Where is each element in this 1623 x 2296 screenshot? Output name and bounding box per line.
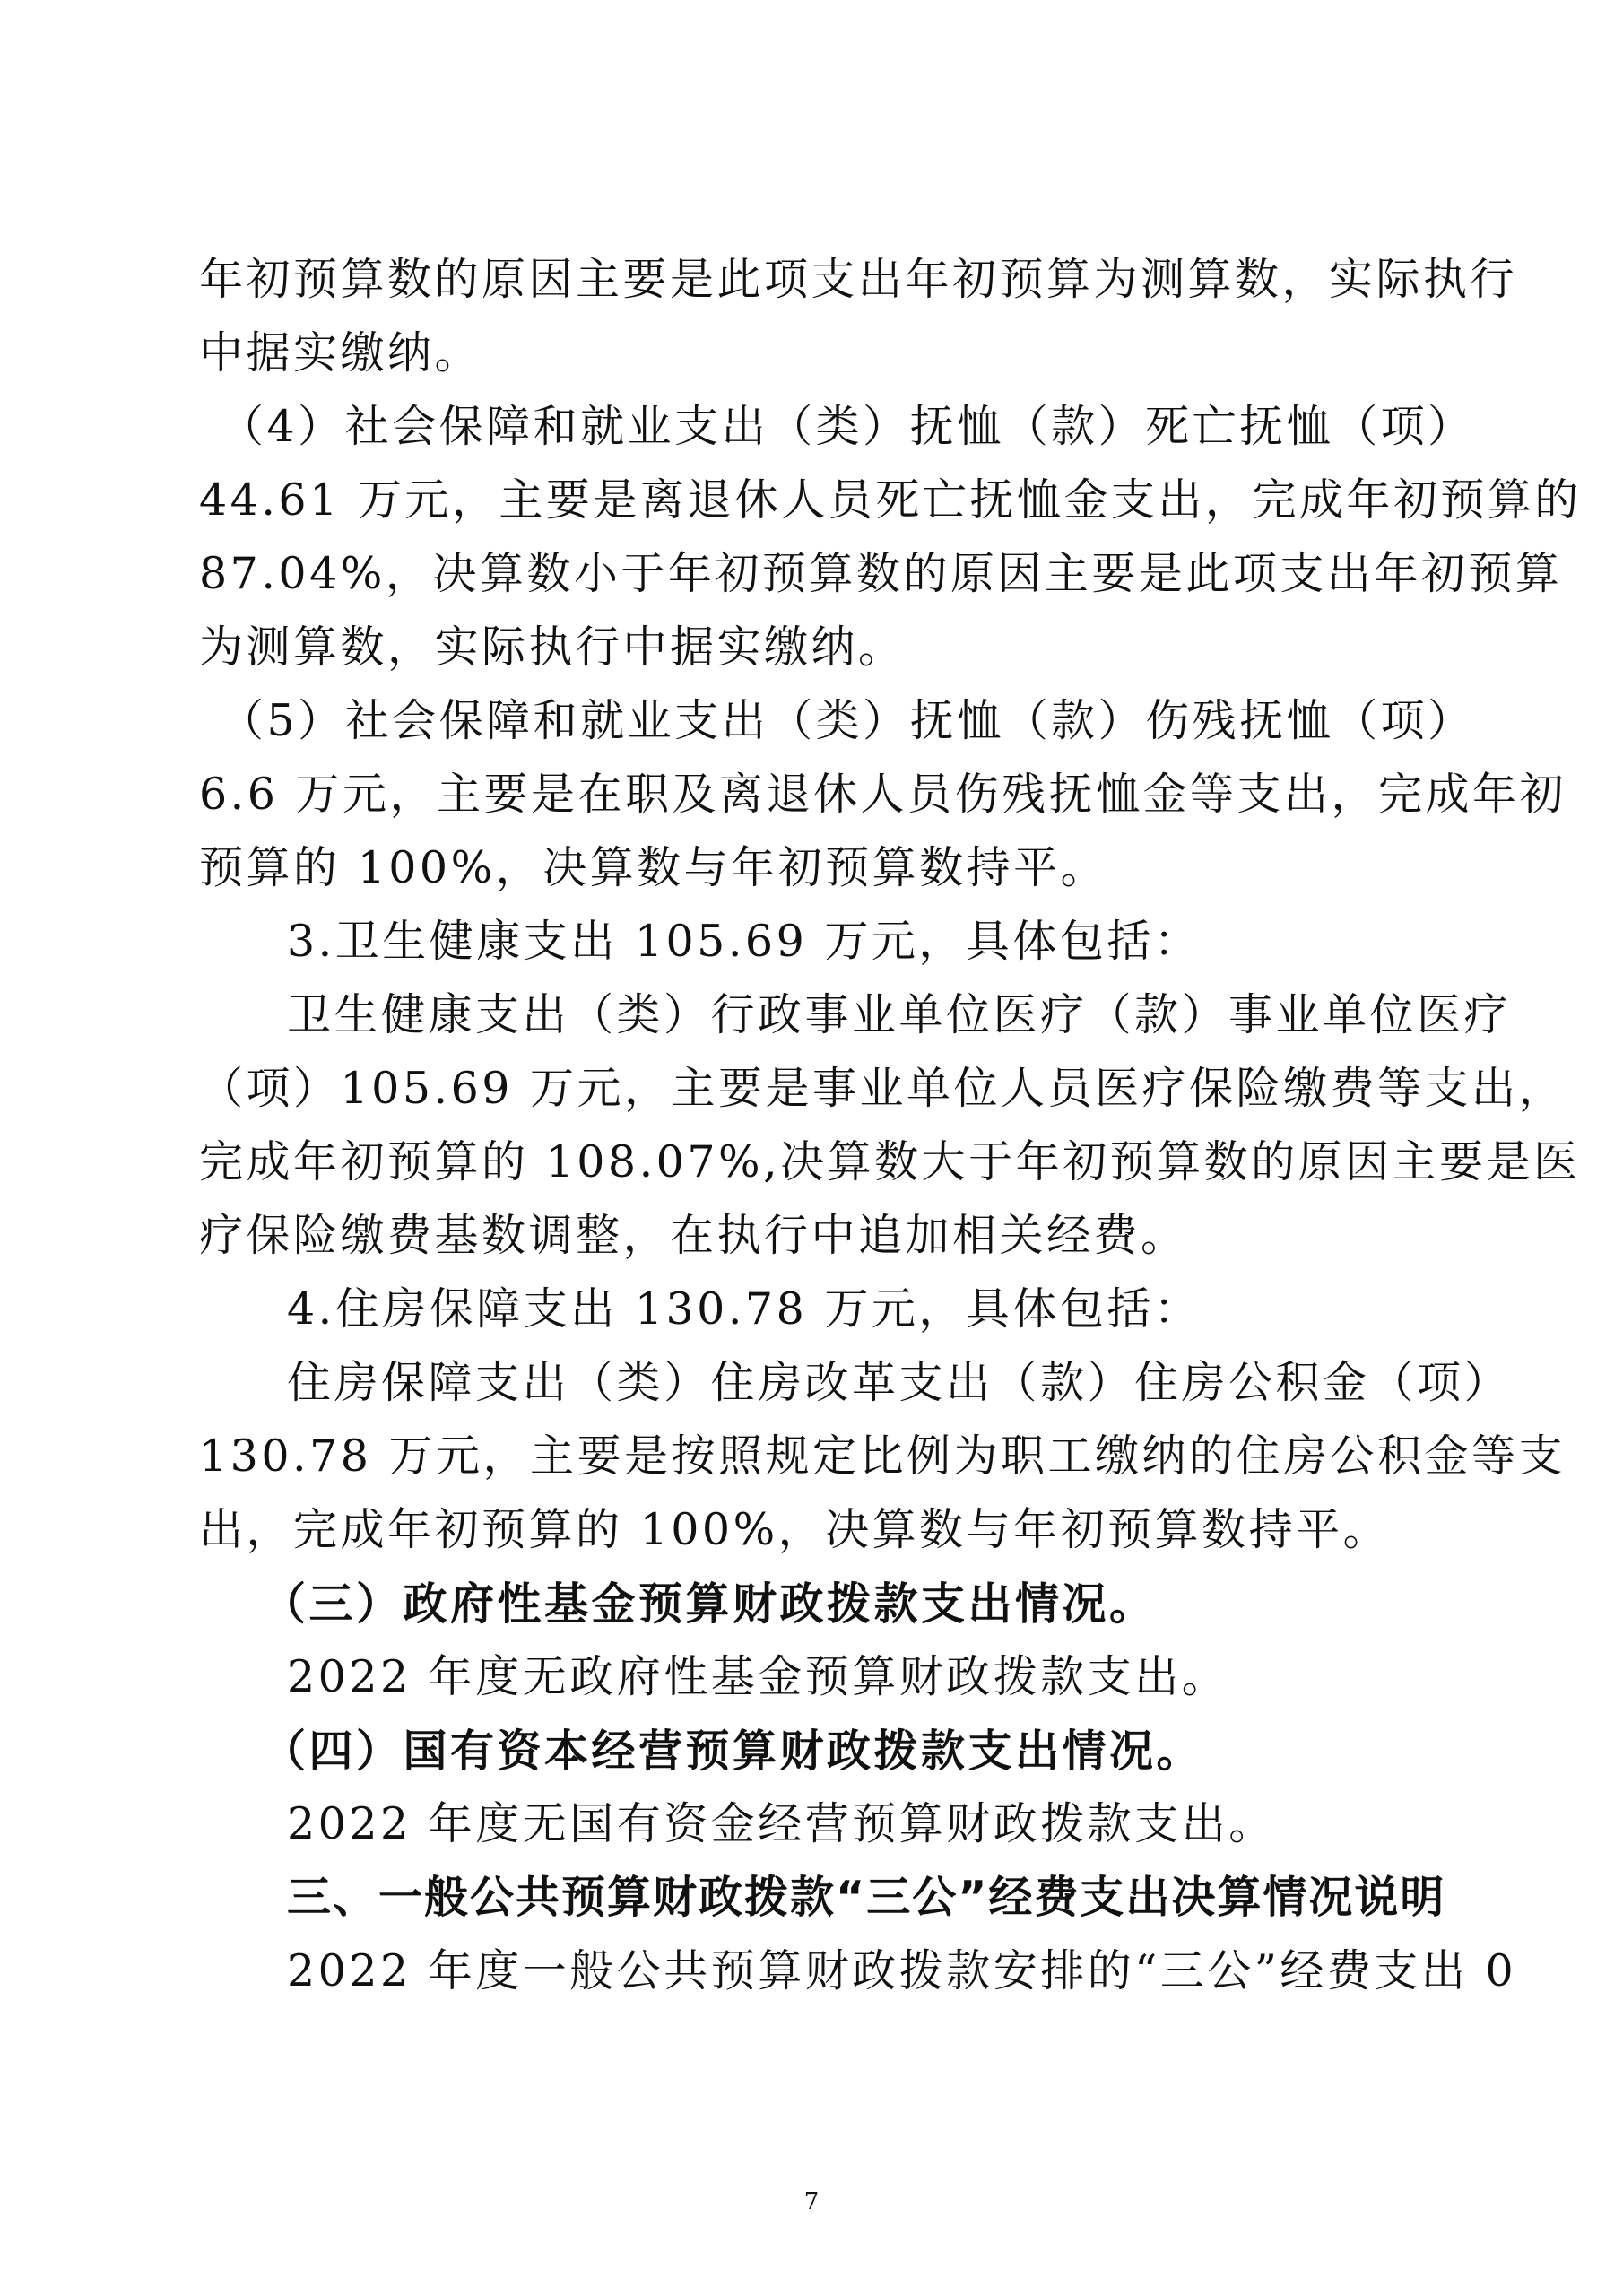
subheading-government-fund: （三）政府性基金预算财政拨款支出情况。 bbox=[262, 1577, 1489, 1631]
section-heading-three-public: 三、一般公共预算财政拨款“三公”经费支出决算情况说明 bbox=[287, 1871, 1447, 1925]
paragraph-line: 卫生健康支出（类）行政事业单位医疗（款）事业单位医疗 bbox=[287, 988, 1447, 1042]
paragraph-line: 6.6 万元，主要是在职及离退休人员伤残抚恤金等支出，完成年初 bbox=[199, 768, 1447, 822]
paragraph-line: 住房保障支出（类）住房改革支出（款）住房公积金（项） bbox=[287, 1356, 1447, 1410]
paragraph-line: 预算的 100%，决算数与年初预算数持平。 bbox=[199, 841, 1447, 895]
paragraph-line: 44.61 万元，主要是离退休人员死亡抚恤金支出，完成年初预算的 bbox=[199, 474, 1447, 527]
paragraph-line: 疗保险缴费基数调整，在执行中追加相关经费。 bbox=[199, 1209, 1447, 1263]
paragraph-line: 2022 年度一般公共预算财政拨款安排的“三公”经费支出 0 bbox=[287, 1944, 1447, 1998]
paragraph-line: 出，完成年初预算的 100%，决算数与年初预算数持平。 bbox=[199, 1503, 1447, 1557]
section-4-line: 4.住房保障支出 130.78 万元，具体包括： bbox=[287, 1283, 1447, 1336]
paragraph-line: 130.78 万元，主要是按照规定比例为职工缴纳的住房公积金等支 bbox=[199, 1430, 1447, 1483]
paragraph-line: 2022 年度无国有资金经营预算财政拨款支出。 bbox=[287, 1797, 1447, 1851]
paragraph-line: 中据实缴纳。 bbox=[199, 326, 1447, 380]
paragraph-line: 为测算数，实际执行中据实缴纳。 bbox=[199, 621, 1447, 674]
paragraph-line: 完成年初预算的 108.07%,决算数大于年初预算数的原因主要是医 bbox=[199, 1135, 1447, 1189]
item-4-heading-line: （4）社会保障和就业支出（类）抚恤（款）死亡抚恤（项） bbox=[220, 400, 1447, 454]
document-page: 年初预算数的原因主要是此项支出年初预算为测算数，实际执行 中据实缴纳。 （4）社… bbox=[0, 0, 1623, 2296]
paragraph-line: 2022 年度无政府性基金预算财政拨款支出。 bbox=[287, 1650, 1447, 1704]
page-number: 7 bbox=[0, 2188, 1623, 2215]
paragraph-line: （项）105.69 万元，主要是事业单位人员医疗保险缴费等支出， bbox=[199, 1062, 1427, 1116]
section-3-line: 3.卫生健康支出 105.69 万元，具体包括： bbox=[287, 915, 1447, 969]
item-5-heading-line: （5）社会保障和就业支出（类）抚恤（款）伤残抚恤（项） bbox=[220, 694, 1447, 748]
subheading-state-capital: （四）国有资本经营预算财政拨款支出情况。 bbox=[262, 1724, 1489, 1778]
paragraph-line: 年初预算数的原因主要是此项支出年初预算为测算数，实际执行 bbox=[199, 253, 1447, 307]
paragraph-line: 87.04%，决算数小于年初预算数的原因主要是此项支出年初预算 bbox=[199, 547, 1447, 601]
